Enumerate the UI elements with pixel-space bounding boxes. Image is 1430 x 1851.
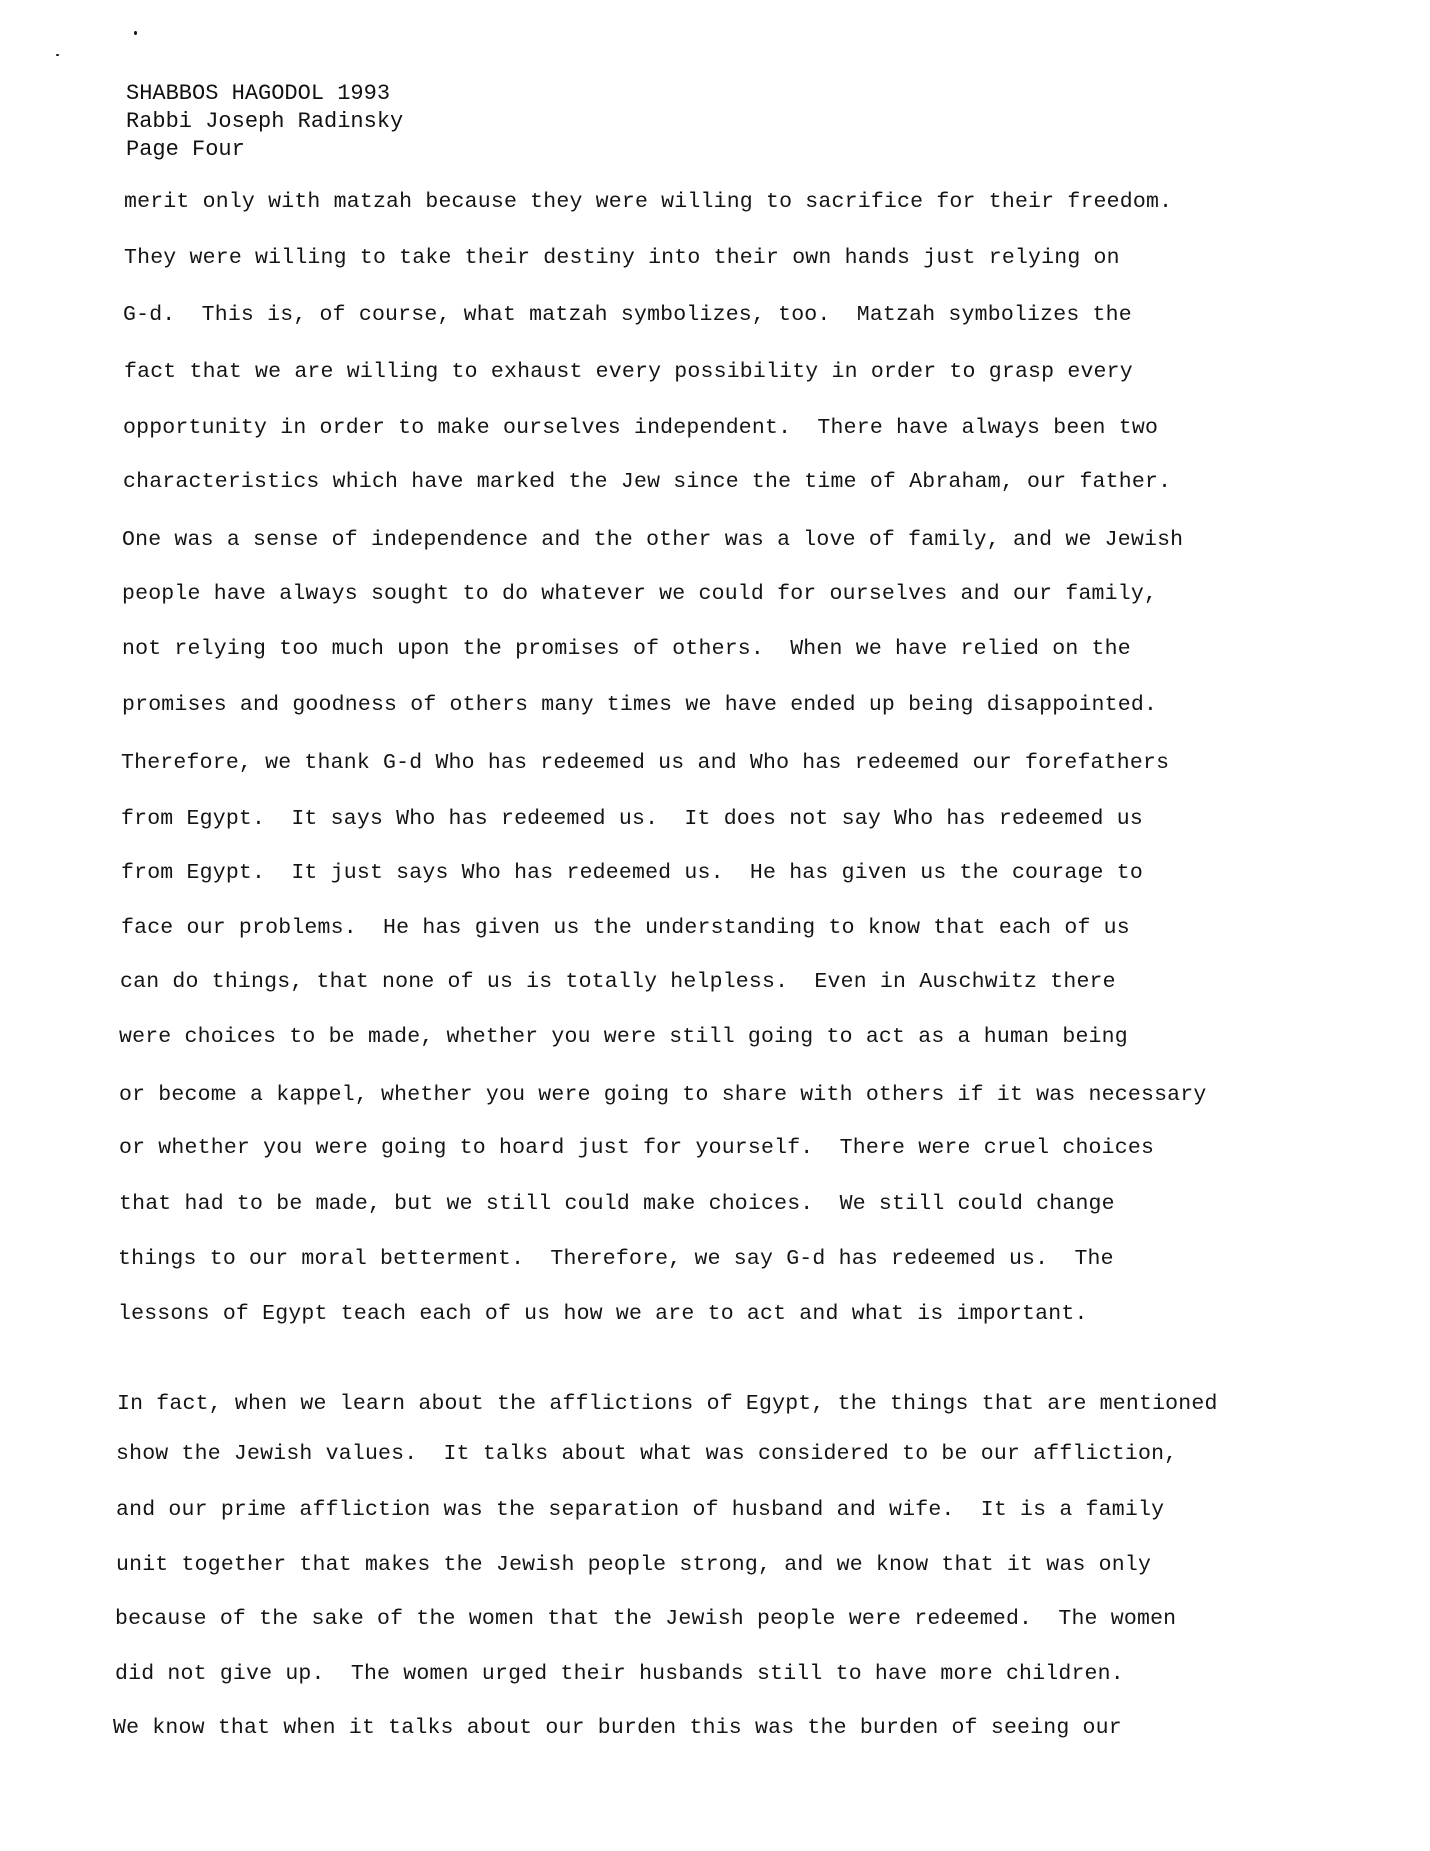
text-line: that had to be made, but we still could … xyxy=(119,1192,1115,1216)
text-line: lessons of Egypt teach each of us how we… xyxy=(118,1302,1088,1326)
text-line: G-d. This is, of course, what matzah sym… xyxy=(123,303,1132,327)
text-line: In fact, when we learn about the afflict… xyxy=(117,1392,1218,1416)
text-line: things to our moral betterment. Therefor… xyxy=(118,1247,1114,1271)
text-line: and our prime affliction was the separat… xyxy=(116,1498,1164,1522)
text-line: opportunity in order to make ourselves i… xyxy=(123,416,1158,440)
text-line: or whether you were going to hoard just … xyxy=(119,1136,1154,1160)
text-line: can do things, that none of us is totall… xyxy=(120,970,1116,994)
text-line: show the Jewish values. It talks about w… xyxy=(116,1442,1177,1466)
text-line: promises and goodness of others many tim… xyxy=(122,693,1157,717)
text-line: unit together that makes the Jewish peop… xyxy=(116,1553,1151,1577)
text-line: Therefore, we thank G-d Who has redeemed… xyxy=(121,751,1169,775)
text-line: did not give up. The women urged their h… xyxy=(115,1662,1124,1686)
text-line: from Egypt. It says Who has redeemed us.… xyxy=(121,807,1143,831)
text-line: because of the sake of the women that th… xyxy=(115,1607,1176,1631)
scan-speck xyxy=(134,31,137,35)
document-title: SHABBOS HAGODOL 1993 xyxy=(126,80,403,108)
scan-speck xyxy=(56,54,59,56)
text-line: or become a kappel, whether you were goi… xyxy=(119,1083,1206,1107)
text-line: One was a sense of independence and the … xyxy=(122,528,1183,552)
text-line: fact that we are willing to exhaust ever… xyxy=(124,360,1133,384)
text-line: not relying too much upon the promises o… xyxy=(122,637,1131,661)
text-line: were choices to be made, whether you wer… xyxy=(119,1025,1128,1049)
document-header: SHABBOS HAGODOL 1993 Rabbi Joseph Radins… xyxy=(126,80,403,164)
page-label: Page Four xyxy=(126,136,403,164)
text-line: characteristics which have marked the Je… xyxy=(123,470,1171,494)
text-line: face our problems. He has given us the u… xyxy=(121,916,1130,940)
text-line: We know that when it talks about our bur… xyxy=(113,1716,1122,1740)
text-line: people have always sought to do whatever… xyxy=(122,582,1157,606)
text-line: merit only with matzah because they were… xyxy=(124,190,1172,214)
document-author: Rabbi Joseph Radinsky xyxy=(126,108,403,136)
text-line: from Egypt. It just says Who has redeeme… xyxy=(121,861,1143,885)
text-line: They were willing to take their destiny … xyxy=(124,246,1120,270)
